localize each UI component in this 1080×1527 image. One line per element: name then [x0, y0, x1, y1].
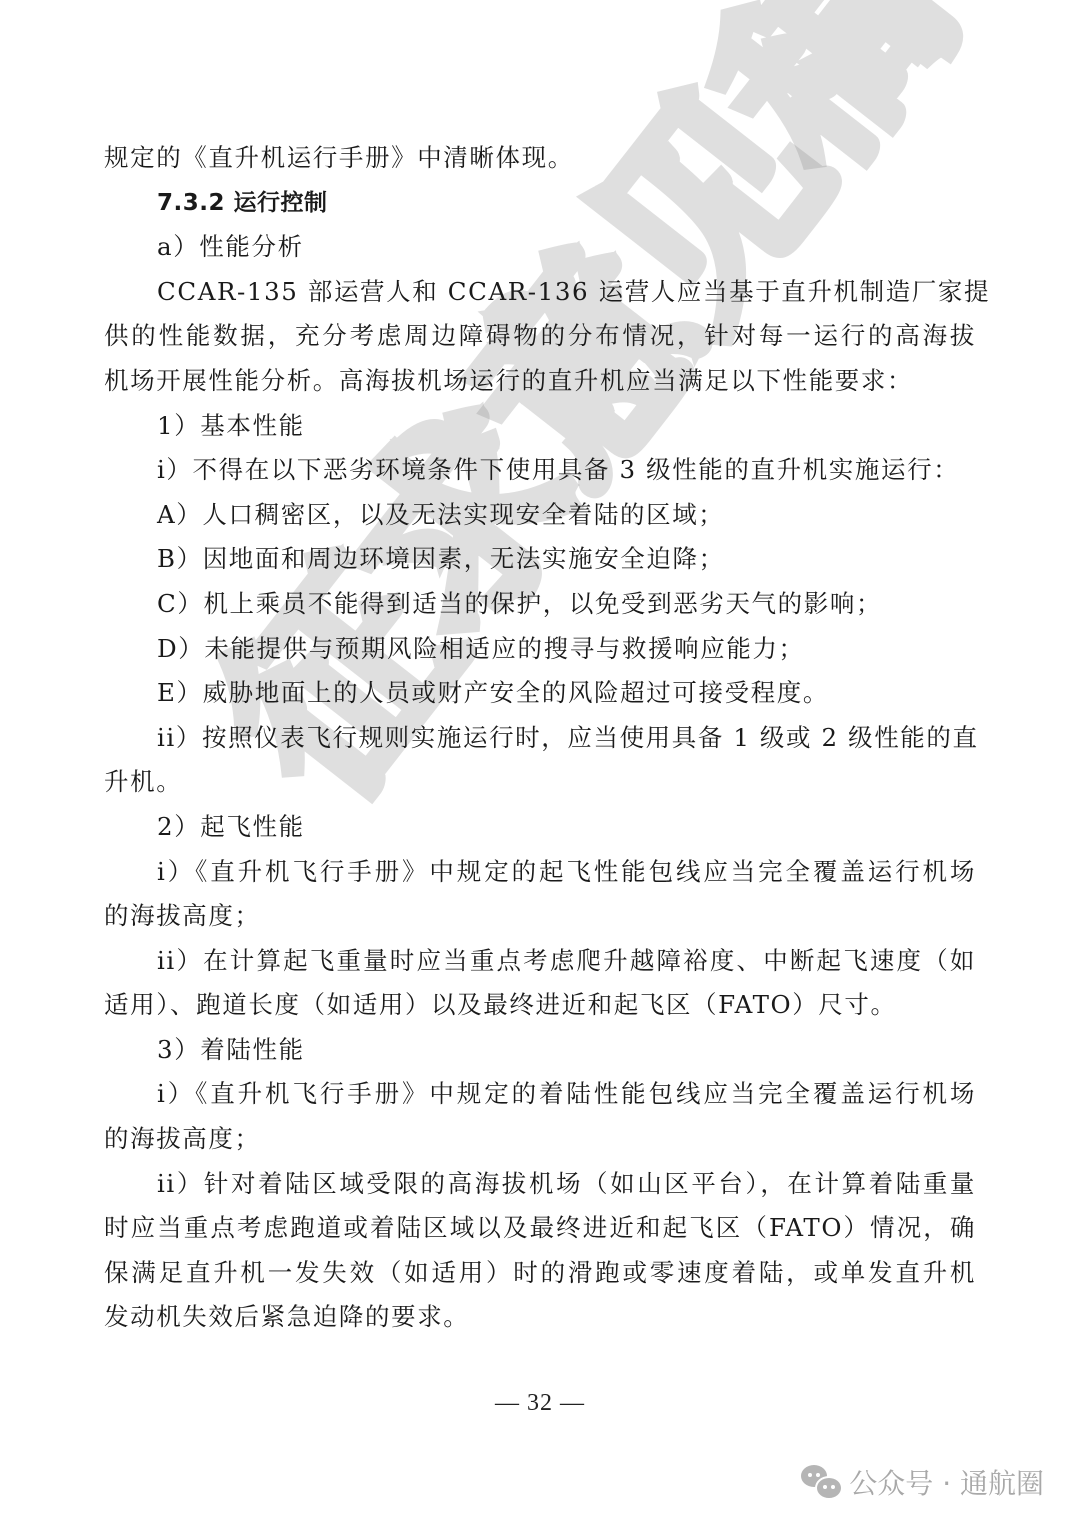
text-line: 3）着陆性能 [104, 1028, 976, 1073]
text-line: CCAR-135 部运营人和 CCAR-136 运营人应当基于直升机制造厂家提 [104, 270, 976, 315]
text-line: A）人口稠密区，以及无法实现安全着陆的区域； [104, 493, 976, 538]
text-line: 时应当重点考虑跑道或着陆区域以及最终进近和起飞区（FATO）情况，确 [104, 1206, 976, 1251]
text-line: 升机。 [104, 760, 976, 805]
text-line: a）性能分析 [104, 225, 976, 270]
text-lines: 规定的《直升机运行手册》中清晰体现。7.3.2 运行控制a）性能分析CCAR-1… [104, 136, 976, 1340]
text-line: ii）按照仪表飞行规则实施运行时，应当使用具备 1 级或 2 级性能的直 [104, 716, 976, 761]
text-line: D）未能提供与预期风险相适应的搜寻与救援响应能力； [104, 627, 976, 672]
text-line: ii）针对着陆区域受限的高海拔机场（如山区平台），在计算着陆重量 [104, 1162, 976, 1207]
section-heading: 7.3.2 运行控制 [104, 181, 976, 226]
page-number: — 32 — [0, 1390, 1080, 1417]
text-line: 1）基本性能 [104, 404, 976, 449]
text-line: E）威胁地面上的人员或财产安全的风险超过可接受程度。 [104, 671, 976, 716]
text-line: 的海拔高度； [104, 1117, 976, 1162]
text-line: 发动机失效后紧急迫降的要求。 [104, 1295, 976, 1340]
text-line: 适用）、跑道长度（如适用）以及最终进近和起飞区（FATO）尺寸。 [104, 983, 976, 1028]
text-line: ii）在计算起飞重量时应当重点考虑爬升越障裕度、中断起飞速度（如 [104, 939, 976, 984]
text-line: i）《直升机飞行手册》中规定的起飞性能包线应当完全覆盖运行机场 [104, 850, 976, 895]
text-line: i）《直升机飞行手册》中规定的着陆性能包线应当完全覆盖运行机场 [104, 1072, 976, 1117]
text-line: 供的性能数据，充分考虑周边障碍物的分布情况，针对每一运行的高海拔 [104, 314, 976, 359]
document-body: 规定的《直升机运行手册》中清晰体现。7.3.2 运行控制a）性能分析CCAR-1… [104, 136, 976, 1340]
text-line: 2）起飞性能 [104, 805, 976, 850]
text-line: 机场开展性能分析。高海拔机场运行的直升机应当满足以下性能要求： [104, 359, 976, 404]
wechat-icon [801, 1465, 841, 1499]
text-line: 的海拔高度； [104, 894, 976, 939]
text-line: i）不得在以下恶劣环境条件下使用具备 3 级性能的直升机实施运行： [104, 448, 976, 493]
text-line: C）机上乘员不能得到适当的保护，以免受到恶劣天气的影响； [104, 582, 976, 627]
footer-label: 公众号 · 通航圈 [849, 1462, 1044, 1502]
text-line: 保满足直升机一发失效（如适用）时的滑跑或零速度着陆，或单发直升机 [104, 1251, 976, 1296]
footer-brand: 公众号 · 通航圈 [801, 1462, 1044, 1502]
text-line: B）因地面和周边环境因素，无法实施安全迫降； [104, 537, 976, 582]
text-line: 规定的《直升机运行手册》中清晰体现。 [104, 136, 976, 181]
